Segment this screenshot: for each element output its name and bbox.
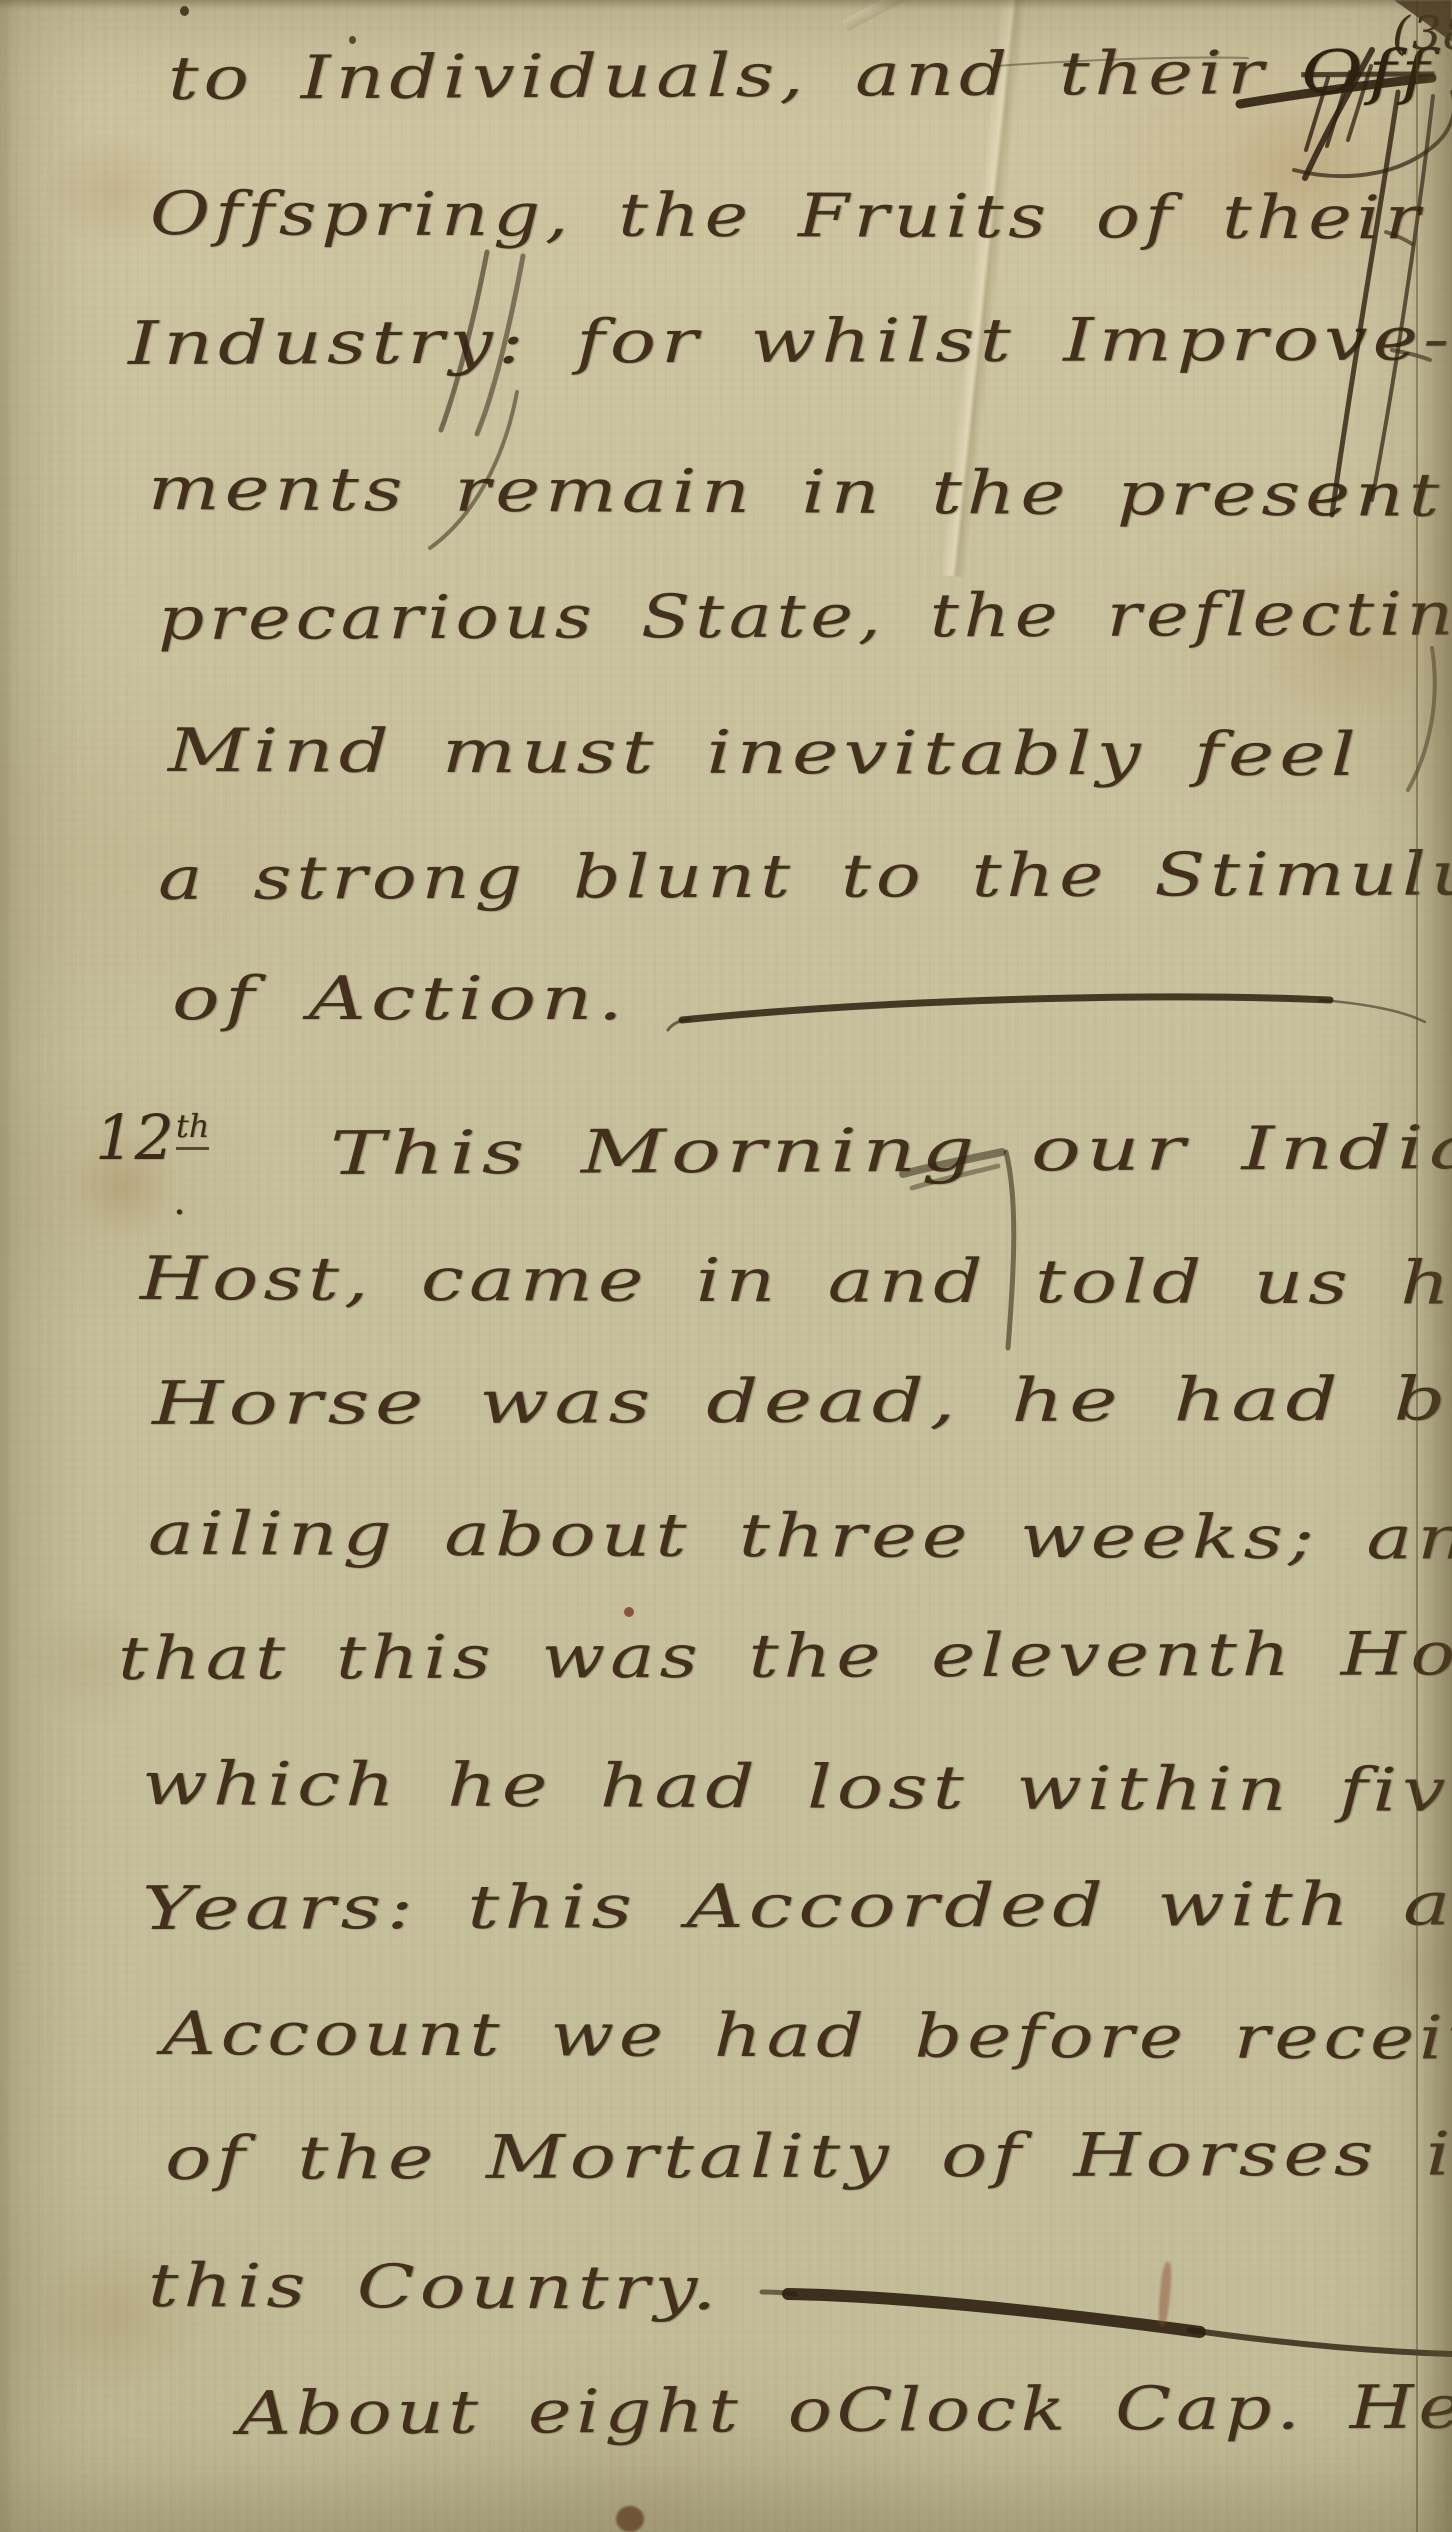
manuscript-line: About eight oClock Cap. Hendrick [238,2376,1452,2444]
flourish-rule [1190,2330,1452,2354]
manuscript-line: of Action. [172,969,628,1029]
manuscript-line: ailing about three weeks; and [148,1504,1452,1569]
flourish-rule [682,997,1330,1020]
ink-blot [616,2506,644,2532]
manuscript-line: precarious State, the reflecting [158,584,1452,649]
manuscript-line: a strong blunt to the Stimulus [158,844,1452,909]
entry-day-suffix: th [176,1107,209,1150]
manuscript-line: Years: this Accorded with an [142,1874,1452,1939]
entry-day-number: 12 [95,1101,174,1174]
red-speck [624,1607,634,1617]
entry-day-marker: 12th . [95,1107,209,1169]
manuscript-line: Offspring, the Fruits of their [150,184,1425,248]
ink-speck [180,6,189,16]
strikethrough-word: Off [1301,37,1434,108]
manuscript-line: Host, came in and told us his [140,1249,1452,1314]
flourish-rule [668,1019,690,1030]
stain-streak [1157,2262,1173,2327]
flourish-rule [762,2292,795,2294]
pen-swash [1408,648,1435,790]
manuscript-line: to Individuals, and theirOff [168,42,1434,109]
manuscript-line: Industry: for whilst Improve- [128,309,1452,374]
manuscript-line: Mind must inevitably feel [168,721,1361,785]
crossout-tail [1372,96,1433,500]
flourish-rule [1320,1000,1425,1022]
page-crease [842,0,998,31]
manuscript-line: Horse was dead, he had been [152,1369,1452,1434]
manuscript-line: ments remain in the present [148,459,1444,526]
page-edge-shadow [0,0,1452,10]
line-text: to Individuals, and their [168,38,1269,114]
manuscript-line: Account we had before received [162,2004,1452,2069]
manuscript-line: which he had lost within five [142,1754,1452,1821]
page-edge-shadow [0,0,16,2532]
entry-day-dot: . [173,1181,186,1221]
manuscript-line: This Morning our Indian [330,1118,1452,1184]
flourish-rule [788,2294,1200,2332]
manuscript-line: that this was the eleventh Horse [118,1624,1452,1689]
manuscript-line: this Country. [148,2256,722,2319]
crossout-tail [1332,92,1398,515]
manuscript-line: of the Mortality of Horses in [165,2124,1452,2189]
journal-page: (38 to Individuals, and theirOff Offspri… [0,0,1452,2532]
